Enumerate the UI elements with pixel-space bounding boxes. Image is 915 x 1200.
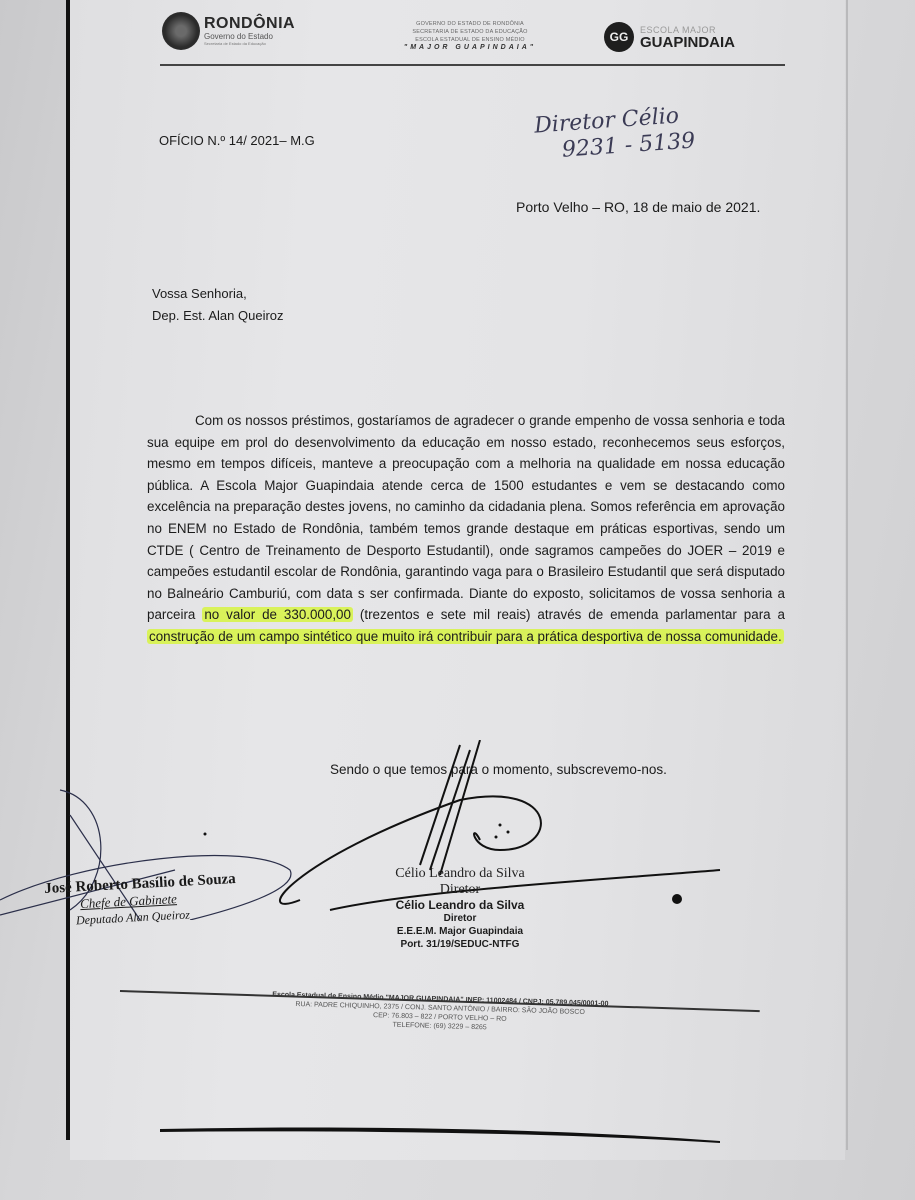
- signatory-role: Diretor: [360, 912, 560, 925]
- letterhead-line: SECRETARIA DE ESTADO DA EDUCAÇÃO: [380, 28, 560, 36]
- ink-dot: [672, 894, 682, 904]
- bottom-paper-fold: [160, 1125, 720, 1145]
- header-divider: [160, 64, 785, 66]
- highlighted-purpose: construção de um campo sintético que mui…: [147, 629, 784, 644]
- school-badge-icon: GG: [604, 22, 634, 52]
- logo-subtitle: Governo do Estado: [204, 32, 295, 41]
- stamp-name: Célio Leandro da Silva: [360, 866, 560, 882]
- highlighted-amount: no valor de 330.000,00: [202, 607, 353, 622]
- recipient-salutation: Vossa Senhoria,: [152, 283, 284, 305]
- signature-block-director: Célio Leandro da Silva Diretor Célio Lea…: [360, 866, 560, 951]
- signatory-portaria: Port. 31/19/SEDUC-NTFG: [360, 938, 560, 951]
- stamp-role: Diretor: [360, 882, 560, 898]
- school-logo-small: ESCOLA MAJOR: [640, 25, 735, 35]
- page-edge: [846, 0, 848, 1150]
- margin-line: [66, 0, 70, 1140]
- signature-block-chief: José Roberto Basílio de Souza Chefe de G…: [44, 870, 238, 930]
- logo-tagline: Secretaria de Estado da Educação: [204, 41, 295, 47]
- state-emblem-icon: [162, 12, 200, 50]
- letter-date: Porto Velho – RO, 18 de maio de 2021.: [516, 199, 760, 215]
- body-text-part: Com os nossos préstimos, gostaríamos de …: [147, 413, 785, 622]
- signatory-school: E.E.E.M. Major Guapindaia: [360, 925, 560, 938]
- school-logo-big: GUAPINDAIA: [640, 35, 735, 50]
- letterhead-school: "MAJOR GUAPINDAIA": [380, 44, 560, 52]
- closing-line: Sendo o que temos para o momento, subscr…: [330, 762, 667, 777]
- letter-body: Com os nossos préstimos, gostaríamos de …: [147, 410, 785, 648]
- letterhead-center: GOVERNO DO ESTADO DE RONDÔNIA SECRETARIA…: [380, 20, 560, 52]
- handwritten-note: Diretor Célio 9231 - 5139: [533, 103, 696, 166]
- rondonia-logo: RONDÔNIA Governo do Estado Secretaria de…: [162, 12, 295, 50]
- letterhead-line: ESCOLA ESTADUAL DE ENSINO MÉDIO: [380, 36, 560, 44]
- logo-title: RONDÔNIA: [204, 16, 295, 32]
- oficio-number: OFÍCIO N.º 14/ 2021– M.G: [159, 133, 315, 148]
- letterhead-line: GOVERNO DO ESTADO DE RONDÔNIA: [380, 20, 560, 28]
- recipient: Vossa Senhoria, Dep. Est. Alan Queiroz: [152, 283, 284, 327]
- school-logo: GG ESCOLA MAJOR GUAPINDAIA: [604, 22, 735, 52]
- body-text-part: (trezentos e sete mil reais) através de …: [353, 607, 785, 622]
- signatory-name: Célio Leandro da Silva: [360, 898, 560, 912]
- recipient-name: Dep. Est. Alan Queiroz: [152, 305, 284, 327]
